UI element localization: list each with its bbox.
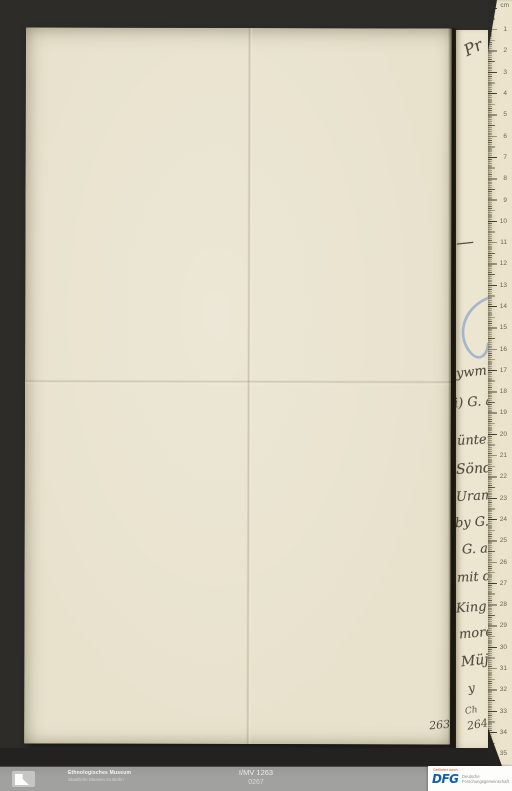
ruler-number: 9 (488, 189, 509, 210)
image-number: 0267 (239, 779, 273, 786)
ruler-number: 16 (488, 338, 509, 359)
handwriting-lines: Pr—ywmi) G. aünterSöndUramby G. aG. amit… (456, 30, 488, 753)
ruler-number: 23 (488, 488, 509, 509)
blank-page: 263 (24, 27, 452, 744)
handwriting-fragment: Uram (456, 489, 488, 504)
cm-ruler: cm 1234567891011121314151617181920212223… (488, 0, 512, 766)
dfg-acronym: DFG (432, 772, 459, 786)
ruler-number: 32 (488, 679, 509, 700)
footer-bar: Ethnologisches Museum Staatliche Museen … (0, 766, 512, 791)
handwriting-fragment: mit d (457, 570, 488, 585)
scanner-bed-shadow (0, 748, 488, 766)
ruler-number: 12 (488, 253, 509, 274)
ruler-number: 18 (488, 381, 509, 402)
ruler-number: 11 (488, 232, 509, 253)
institution-subtitle: Staatliche Museen zu Berlin (68, 778, 131, 783)
ruler-number: 7 (488, 147, 509, 168)
ruler-number: 21 (488, 445, 509, 466)
shelfmark-block: I/MV 1263 0267 (239, 769, 273, 786)
dfg-logo: Gefördert durch DFG Deutsche Forschungsg… (428, 766, 512, 791)
ruler-number: 27 (488, 573, 509, 594)
handwriting-fragment: more (458, 626, 488, 642)
handwriting-fragment: y (467, 682, 476, 695)
ruler-number: 2 (488, 40, 509, 61)
ruler-number: 13 (488, 275, 509, 296)
pencil-mark-ch: Ch (464, 705, 478, 717)
ruler-number: 33 (488, 701, 509, 722)
ruler-number: 22 (488, 466, 509, 487)
handwriting-fragment: Müj (460, 653, 488, 670)
smb-museum-logo-icon (12, 771, 35, 787)
handwriting-fragment: by G. a (456, 515, 488, 530)
handwriting-fragment: — (456, 233, 475, 253)
ruler-number: 15 (488, 317, 509, 338)
ruler-number: 8 (488, 168, 509, 189)
handwriting-fragment: i) G. a (456, 395, 488, 411)
ruler-number: 20 (488, 424, 509, 445)
ruler-number: 31 (488, 658, 509, 679)
ruler-number: 17 (488, 360, 509, 381)
handwriting-fragment: ywm (456, 364, 487, 380)
ruler-number: 4 (488, 83, 509, 104)
horizontal-fold-crease (25, 379, 451, 385)
ruler-number: 6 (488, 125, 509, 146)
ruler-number: 26 (488, 551, 509, 572)
institution-block: Ethnologisches Museum Staatliche Museen … (68, 771, 131, 782)
ruler-number: 19 (488, 402, 509, 423)
ruler-number: 24 (488, 509, 509, 530)
handwriting-fragment: G. a (462, 542, 488, 556)
handwriting-fragment: King a (456, 600, 488, 616)
shelfmark: I/MV 1263 (239, 769, 273, 777)
ruler-number: 14 (488, 296, 509, 317)
smb-logo-mark (15, 774, 29, 785)
ruler-number: 5 (488, 104, 509, 125)
scan-viewport: 263 Pr—ywmi) G. aünterSöndUramby G. aG. … (0, 0, 512, 791)
dfg-tagline: Gefördert durch (433, 768, 458, 772)
ruler-number: 25 (488, 530, 509, 551)
ruler-number: 28 (488, 594, 509, 615)
ruler-unit-label: cm (500, 2, 509, 9)
ruler-number: 30 (488, 637, 509, 658)
dfg-full-name: Deutsche Forschungsgemeinschaft (462, 774, 509, 784)
ruler-number: 3 (488, 62, 509, 83)
ruler-number: 10 (488, 211, 509, 232)
handwriting-fragment: Pr (461, 37, 484, 59)
vertical-fold-crease (246, 28, 253, 744)
ruler-numbers: 1234567891011121314151617181920212223242… (488, 19, 509, 764)
ruler-number: 29 (488, 615, 509, 636)
dfg-name-line2: Forschungsgemeinschaft (462, 779, 509, 784)
handwriting-fragment: ünter (457, 433, 488, 448)
institution-name: Ethnologisches Museum (68, 771, 131, 776)
handwriting-fragment: Sönd (456, 461, 488, 477)
next-page-sliver: Pr—ywmi) G. aünterSöndUramby G. aG. amit… (456, 30, 488, 753)
